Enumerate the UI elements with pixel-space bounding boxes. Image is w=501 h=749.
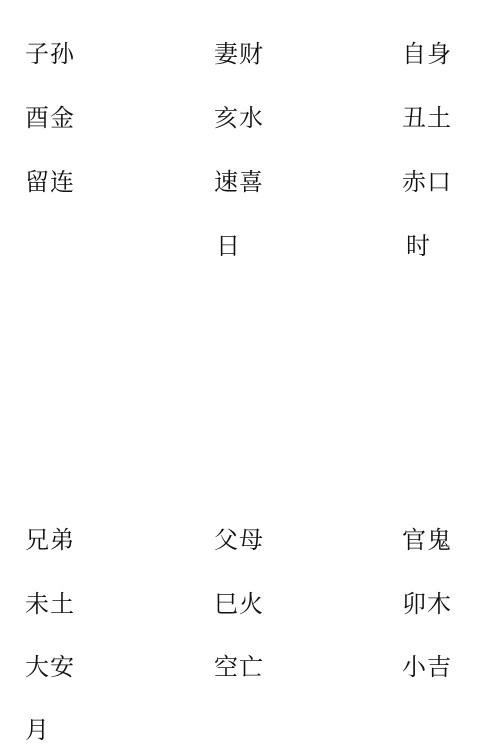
- liuren-label: 速喜: [214, 168, 264, 196]
- branch-element-label: 酉金: [25, 104, 75, 132]
- branch-element-label: 丑土: [402, 104, 452, 132]
- branch-element-label: 卯木: [402, 590, 452, 618]
- liuren-label: 大安: [25, 653, 75, 681]
- branch-element-label: 亥水: [214, 104, 264, 132]
- relation-label: 父母: [214, 526, 264, 554]
- relation-label: 兄弟: [25, 526, 75, 554]
- branch-element-label: 巳火: [214, 590, 264, 618]
- month-marker-label: 月: [25, 716, 50, 744]
- liuren-label: 赤口: [402, 168, 452, 196]
- hour-marker-label: 时: [406, 232, 431, 260]
- liuren-label: 小吉: [402, 653, 452, 681]
- liuren-label: 留连: [25, 168, 75, 196]
- relation-label: 子孙: [25, 40, 75, 68]
- liuren-label: 空亡: [214, 653, 264, 681]
- relation-label: 官鬼: [402, 526, 452, 554]
- branch-element-label: 未土: [25, 590, 75, 618]
- relation-label: 自身: [402, 40, 452, 68]
- relation-label: 妻财: [214, 40, 264, 68]
- day-marker-label: 日: [216, 232, 241, 260]
